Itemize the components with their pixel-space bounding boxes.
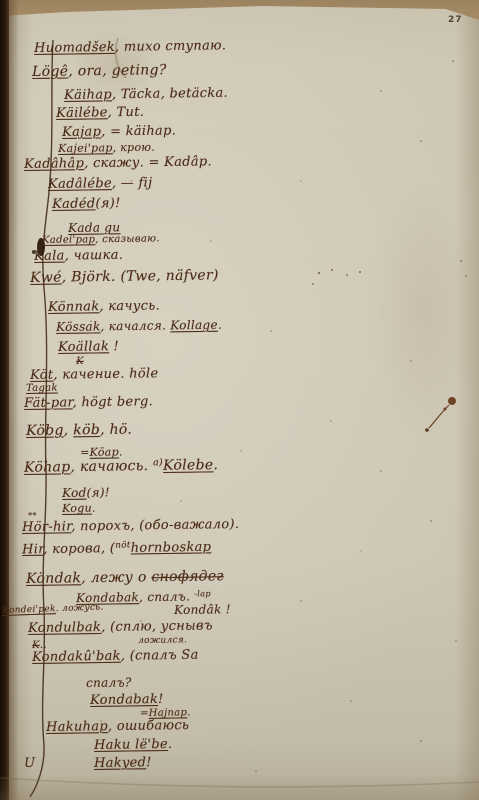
manuscript-line: Kondakû'bak, (спалъ Sa [32,649,199,664]
manuscript-line: Kogu. [62,503,96,514]
manuscript-line: Köndak, лежу о снофядег [26,569,224,586]
manuscript-line: Köbg, köb, hö. [26,423,132,438]
manuscript-line: Kadéd(я)! [52,197,121,211]
manuscript-line: спалъ? [86,676,132,689]
manuscript-line: ложился. [138,636,187,646]
manuscript-line: Kössak, качался. Kollage. [56,319,222,333]
manuscript-line: Lögê, ora, geting? [32,63,167,79]
manuscript-line: Hir, корова, (nöthornboskap [22,540,211,556]
manuscript-line: Käihap, Täcka, betäcka. [64,87,228,102]
manuscript-line: Kwé, Björk. (Twe, näfver) [30,268,219,285]
manuscript-line: Köhap, качаюсь. a)Kölebe. [24,457,218,474]
manuscript-line: Koällak ! [58,340,119,354]
manuscript-line: Kondulbak, (сплю, уснывъ [28,619,213,635]
manuscript-line: Hakyed! [94,756,152,770]
manuscript-line: =Köap. [80,446,123,458]
manuscript-line: Kajei'pap, крою. [58,142,155,154]
manuscript-line: Kada gu [68,221,120,234]
manuscript-line: U [24,757,35,770]
manuscript-line: Hör-hir, порохъ, (обо-важало). [22,518,239,534]
manuscript-line: Kondabak! [90,693,164,707]
manuscript-line: Fät-par, högt berg. [24,395,153,410]
manuscript-line: Kala, чашка. [34,249,123,263]
manuscript-line: Kadâhâp, скажу. = Kadâp. [24,155,212,171]
manuscript-line: Huomadšek, тихо ступаю. [34,39,226,55]
manuscript-line: Köt, качение. höle [30,367,159,382]
manuscript-line: Kajap, = käihap. [62,124,176,139]
manuscript-line: K [76,357,84,367]
manuscript-line: Käilébe, Tut. [56,106,144,120]
manuscript-line: Haku lë'be. [94,738,173,752]
manuscript-line: Kadei'pap, сказываю. [42,234,160,246]
manuscript-line: Kod(я)! [62,486,110,499]
manuscript-line: Hakuhap, ошибаюсь [46,719,189,734]
scanned-manuscript-photo: { "page": { "number": "27", "ink_color":… [0,0,479,800]
manuscript-page: Huomadšek, тихо ступаю.Lögê, ora, geting… [0,0,479,800]
manuscript-line: Kondei'pek. ложусь. [2,603,104,616]
manuscript-line: Kadâlébe, — fij [48,177,152,191]
bottom-fold-shadow [0,774,479,800]
manuscript-line: Kondâk ! [174,603,231,616]
manuscript-line: ** [28,512,37,520]
manuscript-line: Könnak, качусь. [48,299,160,314]
manuscript-line: Tagak [26,384,58,394]
